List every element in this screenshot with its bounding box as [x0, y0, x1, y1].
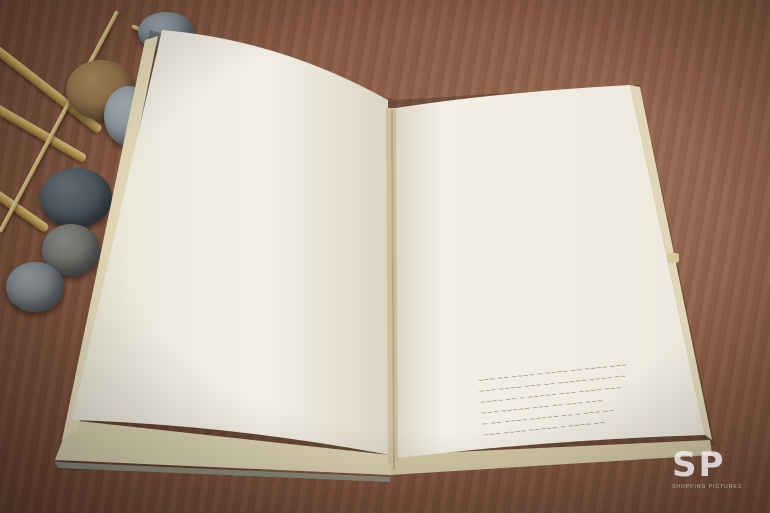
- open-book: [0, 0, 770, 513]
- watermark-subtitle: SHOPPING PICTURES: [672, 484, 742, 490]
- photo-scene: ~~~ ~~ ~~~~ ~ ~~~~ ~~ ~~~~ ~~~ ~~~ ~~~~ …: [0, 0, 770, 513]
- watermark-logo: SP: [672, 448, 742, 482]
- watermark: SP SHOPPING PICTURES: [672, 448, 742, 490]
